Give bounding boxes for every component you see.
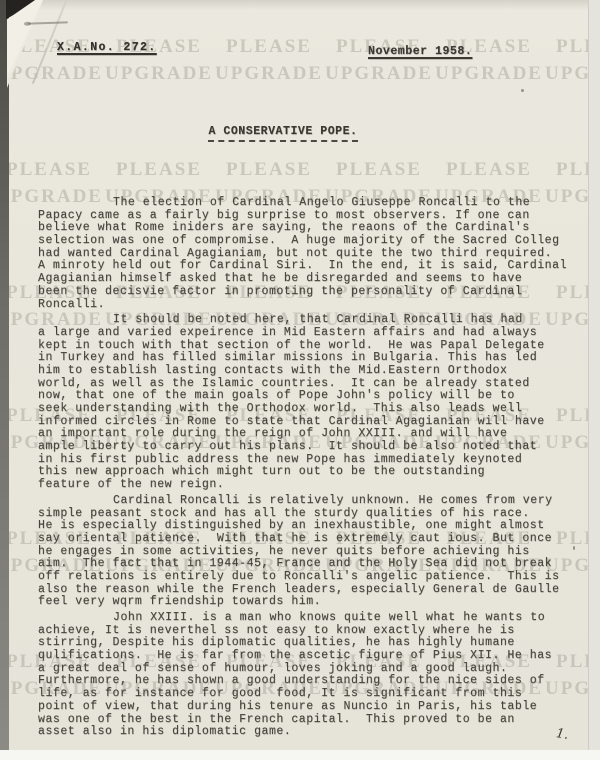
document-date: November 1958.: [368, 45, 472, 58]
text-line: seek understanding with the Orthodox wor…: [38, 403, 586, 416]
text-line: him to establish lasting contacts with t…: [38, 365, 586, 378]
text-line: ample liberty to carry out his plans. It…: [38, 441, 586, 454]
watermark-word: PLEASE: [214, 37, 324, 56]
watermark-word: PLEASE: [544, 160, 588, 179]
document-ref-number: X.A.No. 272.: [57, 41, 157, 54]
watermark-word: UPGRADE: [434, 64, 544, 83]
scanned-page: PLEASEUPGRADEPLEASEUPGRADEPLEASEUPGRADEP…: [0, 0, 600, 760]
text-line: qulifications. He is far from the asceti…: [38, 650, 586, 663]
text-line: been the decisvie factor in promoting th…: [38, 286, 586, 299]
text-line: It should be noted here, that Cardinal R…: [38, 314, 586, 327]
text-line: feel very wqrm friendship towards him.: [38, 596, 586, 609]
paragraph: The election of Cardinal Angelo Giuseppe…: [38, 197, 586, 311]
page-number: 1.: [555, 726, 570, 743]
paragraph: John XXIII. is a man who knows quite wel…: [38, 612, 586, 739]
watermark-word: PLEASE: [544, 37, 588, 56]
text-line: The election of Cardinal Angelo Giuseppe…: [38, 197, 586, 210]
scan-edge-bottom: [0, 750, 600, 760]
text-line: off relations is entirely due to Roncall…: [38, 571, 586, 584]
text-line: John XXIII. is a man who knows quite wel…: [38, 612, 586, 625]
text-line: Agagianian himself asked that he be disr…: [38, 273, 586, 286]
document-title: A CONSERVATIVE POPE.: [208, 125, 357, 142]
watermark-word: PLEASE: [104, 160, 214, 179]
title-row: A CONSERVATIVE POPE.: [0, 121, 566, 142]
watermark-word: PLEASE: [434, 160, 544, 179]
watermark-word: PLEASE: [214, 160, 324, 179]
paragraph: Cardinal Roncalli is relatively unknown.…: [38, 495, 586, 609]
text-line: point of view, that during his tenure as…: [38, 701, 586, 714]
watermark-word: UPGRADE: [544, 64, 588, 83]
text-line: Cardinal Roncalli is relatively unknown.…: [38, 495, 586, 508]
text-line: Roncalli.: [38, 299, 586, 312]
watermark-word: UPGRADE: [214, 64, 324, 83]
text-line: He is especially distinguished by an ine…: [38, 520, 586, 533]
text-line: say oriental patience. With that he is e…: [38, 533, 586, 546]
watermark-word: UPGRADE: [104, 64, 214, 83]
document-body: The election of Cardinal Angelo Giuseppe…: [38, 197, 586, 739]
watermark-word: PLEASE: [8, 160, 104, 179]
scan-edge-left: [0, 0, 9, 750]
watermark-word: UPGRADE: [324, 64, 434, 83]
text-line: a large and varied expeirence in Mid Eas…: [38, 327, 586, 340]
watermark-word: PLEASE: [324, 160, 434, 179]
text-line: life, as for instance for good food, It …: [38, 688, 586, 701]
watermark-word: UPGRADE: [8, 64, 104, 83]
text-line: asset also in his diplomatic game.: [38, 726, 586, 739]
text-line: selection was one of compromise. A huge …: [38, 235, 586, 248]
scan-edge-right: [588, 0, 600, 750]
text-line: feature of the new reign.: [38, 479, 586, 492]
ink-speck: [521, 89, 524, 92]
paragraph: It should be noted here, that Cardinal R…: [38, 314, 586, 492]
